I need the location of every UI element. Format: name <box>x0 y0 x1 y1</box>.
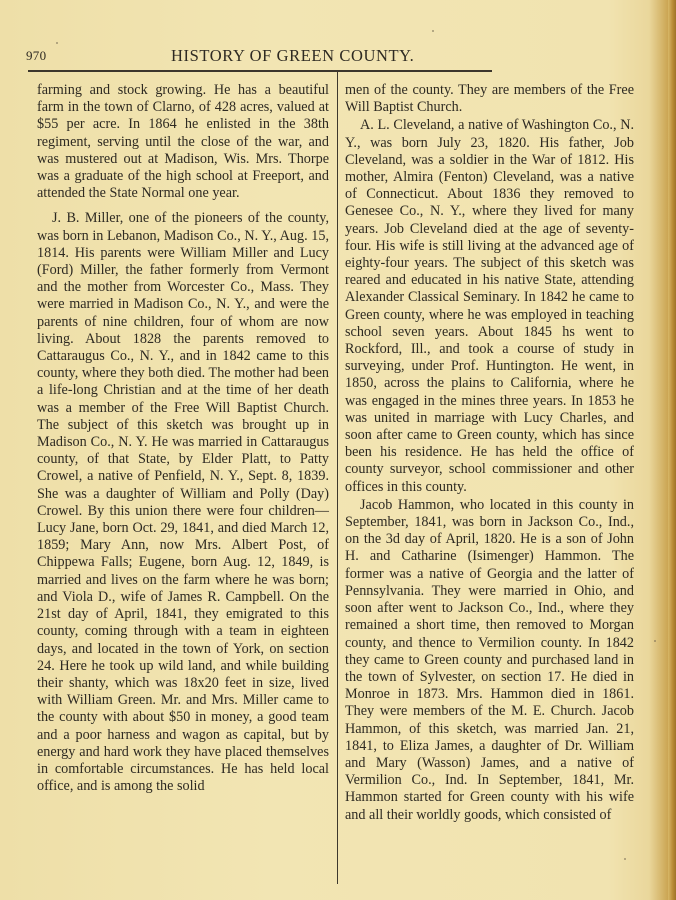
scan-speck <box>624 858 626 860</box>
left-column: farming and stock growing. He has a beau… <box>37 82 329 795</box>
paragraph-jacob-hammon: Jacob Hammon, who located in this county… <box>345 497 634 824</box>
scan-speck <box>654 640 656 642</box>
scan-speck <box>56 42 58 44</box>
page-binding-edge <box>668 0 676 900</box>
page-number: 970 <box>26 48 46 64</box>
right-column: men of the county. They are members of t… <box>345 82 634 824</box>
column-divider <box>337 72 338 884</box>
paragraph-al-cleveland: A. L. Cleveland, a native of Washington … <box>345 117 634 495</box>
scan-speck <box>432 30 434 32</box>
page-header: 970 HISTORY OF GREEN COUNTY. <box>26 40 496 70</box>
paragraph-jb-miller: J. B. Miller, one of the pioneers of the… <box>37 210 329 795</box>
paragraph-miller-continued: men of the county. They are members of t… <box>345 82 634 116</box>
paragraph-thorpe-continued: farming and stock growing. He has a beau… <box>37 82 329 202</box>
running-head-title: HISTORY OF GREEN COUNTY. <box>171 46 414 66</box>
header-rule <box>28 70 492 72</box>
scanned-book-page: 970 HISTORY OF GREEN COUNTY. farming and… <box>0 0 676 900</box>
